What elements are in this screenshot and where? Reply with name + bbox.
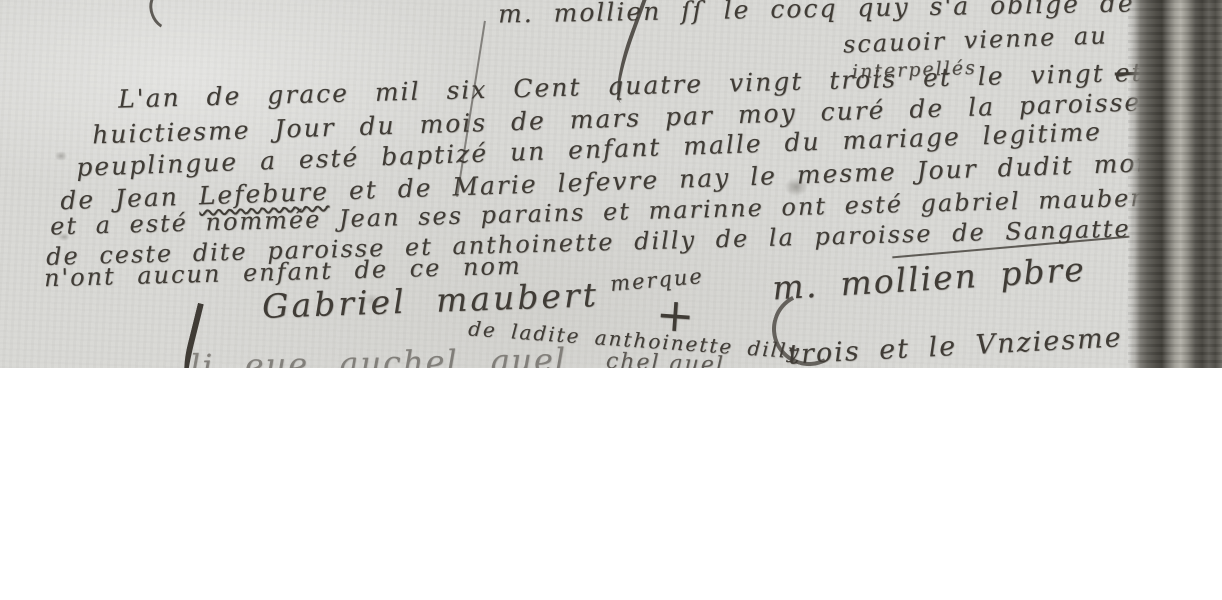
- blank-margin-below-scan: [0, 368, 1222, 600]
- manuscript-scan: m. mollien ſſ le cocq quy s'a obligé de …: [0, 0, 1222, 368]
- next-entry-fragment-center: li eue auchel quel: [190, 341, 568, 368]
- book-binding-gutter: [1128, 0, 1222, 368]
- next-entry-fragment-left: chel auel: [606, 349, 726, 368]
- cut-flourish-top-left: [144, 0, 186, 34]
- priest-marginal-note-line2: scauoir vienne au: [843, 21, 1109, 58]
